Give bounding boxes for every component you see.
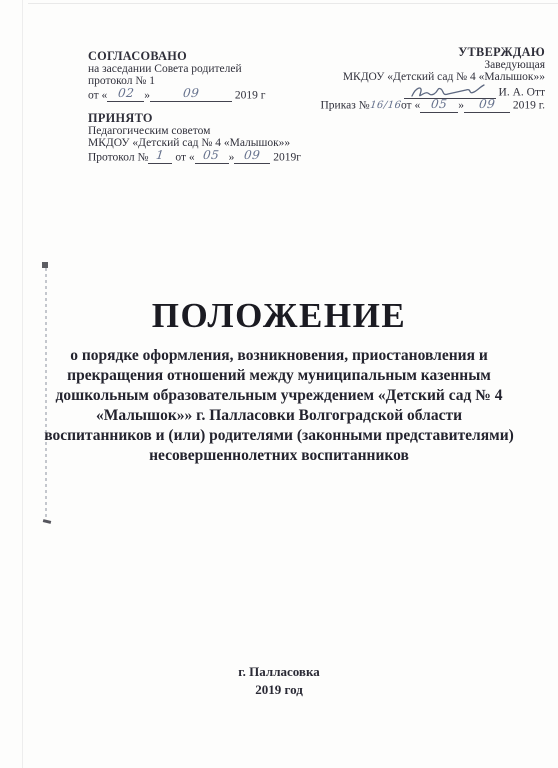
approved-date-day-blank: 05 [420, 99, 458, 113]
document-page: СОГЛАСОВАНО на заседании Совета родителе… [0, 0, 558, 768]
agreed-date-line: от «02»09 2019 г [88, 88, 265, 102]
subtitle-line: «Малышок»» г. Палласовки Волгоградской о… [29, 406, 529, 426]
subtitle-line: несовершеннолетних воспитанников [29, 446, 529, 466]
subtitle-line: воспитанников и (или) родителями (законн… [29, 426, 529, 446]
subtitle-line: прекращения отношений между муниципальны… [29, 366, 529, 386]
footer-city: г. Палласовка [0, 663, 558, 681]
binding-end-mark [43, 519, 51, 524]
adopted-block: ПРИНЯТО Педагогическим советом МКДОУ «Де… [88, 112, 301, 164]
footer-year: 2019 год [0, 681, 558, 699]
adopted-title: ПРИНЯТО [88, 112, 301, 125]
agreed-date-day-blank: 02 [107, 88, 144, 102]
approved-date-month-blank: 09 [464, 99, 510, 113]
agreed-line2: протокол № 1 [88, 75, 265, 88]
document-subtitle: о порядке оформления, возникновения, при… [29, 346, 529, 466]
approved-block: УТВЕРЖДАЮ Заведующая МКДОУ «Детский сад … [321, 46, 546, 113]
agreed-date-month-blank: 09 [150, 88, 232, 102]
scan-page-edge-vertical [22, 0, 23, 768]
adopted-line1: Педагогическим советом [88, 125, 301, 138]
scan-page-edge-horizontal [28, 3, 558, 4]
document-footer: г. Палласовка 2019 год [0, 663, 558, 699]
approved-order-no: 16/16 [369, 100, 402, 113]
adopted-protocol-no-blank: 1 [148, 150, 172, 164]
agreed-block: СОГЛАСОВАНО на заседании Совета родителе… [88, 50, 265, 102]
document-title: ПОЛОЖЕНИЕ [0, 296, 558, 336]
approved-line1: Заведующая [321, 59, 546, 72]
adopted-date-day-blank: 05 [195, 150, 229, 164]
approved-title: УТВЕРЖДАЮ [321, 46, 546, 59]
approved-order-line: Приказ №16/16от «05»09 2019 г. [321, 99, 546, 113]
adopted-line2: МКДОУ «Детский сад № 4 «Малышок»» [88, 137, 301, 150]
subtitle-line: дошкольным образовательным учреждением «… [29, 386, 529, 406]
adopted-date-month-blank: 09 [234, 150, 270, 164]
agreed-line1: на заседании Совета родителей [88, 63, 265, 76]
adopted-protocol-line: Протокол №1 от «05»09 2019г [88, 150, 301, 164]
subtitle-line: о порядке оформления, возникновения, при… [29, 346, 529, 366]
approved-signatory: И. А. Отт [499, 86, 545, 98]
agreed-title: СОГЛАСОВАНО [88, 50, 265, 63]
